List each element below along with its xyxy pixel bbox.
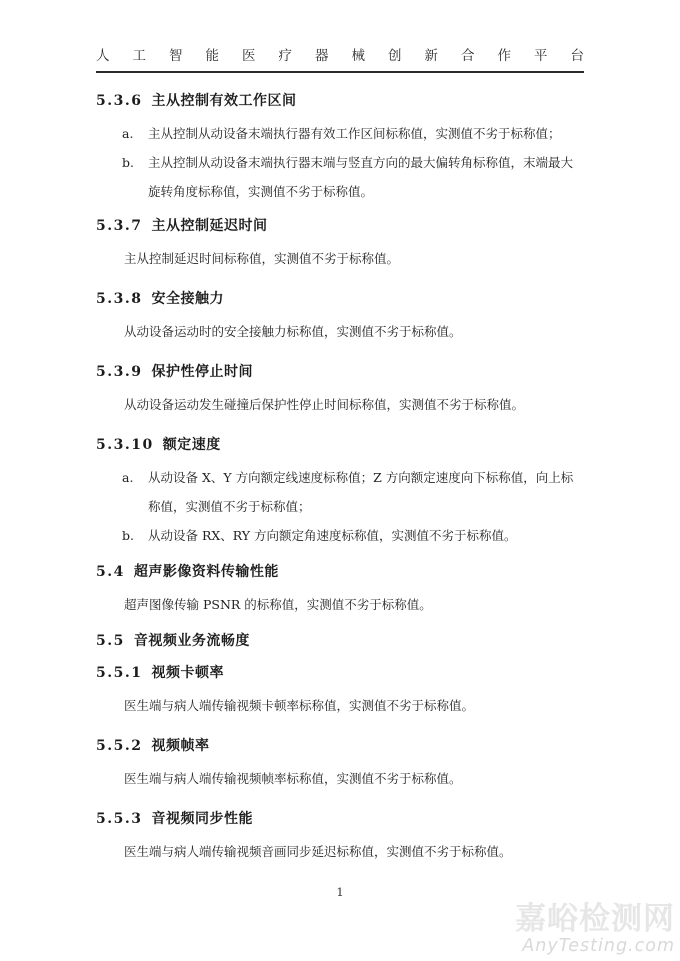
page-number: 1: [0, 885, 680, 899]
section-number: 5.3.6: [96, 93, 142, 109]
page-content: 人工智能医疗器械创新合作平台 5.3.6主从控制有效工作区间 a. 主从控制从动…: [0, 0, 680, 866]
section-paragraph: 从动设备运动时的安全接触力标称值，实测值不劣于标称值。: [96, 317, 584, 346]
section-title: 主从控制延迟时间: [151, 218, 267, 234]
section-heading-5-3-8: 5.3.8安全接触力: [96, 289, 584, 309]
section-list-5-3-6: a. 主从控制从动设备末端执行器有效工作区间标称值，实测值不劣于标称值； b. …: [96, 119, 584, 206]
list-marker: b.: [122, 521, 148, 550]
section-number: 5.3.10: [96, 437, 154, 453]
section-title: 主从控制有效工作区间: [151, 93, 296, 109]
section-number: 5.3.7: [96, 218, 142, 234]
section-heading-5-3-9: 5.3.9保护性停止时间: [96, 362, 584, 382]
section-heading-5-4: 5.4超声影像资料传输性能: [96, 562, 584, 582]
section-title: 音视频同步性能: [151, 811, 253, 827]
section-paragraph: 主从控制延迟时间标称值，实测值不劣于标称值。: [96, 244, 584, 273]
section-list-5-3-10: a. 从动设备 X、Y 方向额定线速度标称值；Z 方向额定速度向下标称值，向上标…: [96, 463, 584, 550]
list-marker: a.: [122, 119, 148, 148]
list-marker: b.: [122, 148, 148, 206]
section-heading-5-5-1: 5.5.1视频卡顿率: [96, 663, 584, 683]
section-paragraph: 从动设备运动发生碰撞后保护性停止时间标称值，实测值不劣于标称值。: [96, 390, 584, 419]
section-title: 视频帧率: [151, 738, 209, 754]
list-item-text: 主从控制从动设备末端执行器末端与竖直方向的最大偏转角标称值，末端最大旋转角度标称…: [148, 148, 584, 206]
section-number: 5.5.1: [96, 665, 142, 681]
watermark: 嘉峪检测网 AnyTesting.com: [515, 904, 675, 956]
section-heading-5-5-3: 5.5.3音视频同步性能: [96, 809, 584, 829]
section-number: 5.4: [96, 564, 125, 580]
section-title: 视频卡顿率: [151, 665, 224, 681]
list-item: b. 从动设备 RX、RY 方向额定角速度标称值，实测值不劣于标称值。: [96, 521, 584, 550]
header-title: 人工智能医疗器械创新合作平台: [96, 44, 584, 73]
list-marker: a.: [122, 463, 148, 521]
list-item-text: 主从控制从动设备末端执行器有效工作区间标称值，实测值不劣于标称值；: [148, 119, 584, 148]
section-number: 5.3.9: [96, 364, 142, 380]
document-header: 人工智能医疗器械创新合作平台: [96, 0, 584, 73]
section-paragraph: 超声图像传输 PSNR 的标称值，实测值不劣于标称值。: [96, 590, 584, 619]
section-number: 5.3.8: [96, 291, 142, 307]
list-item: b. 主从控制从动设备末端执行器末端与竖直方向的最大偏转角标称值，末端最大旋转角…: [96, 148, 584, 206]
watermark-site-name: 嘉峪检测网: [515, 904, 675, 935]
section-title: 音视频业务流畅度: [134, 633, 250, 649]
watermark-domain: AnyTesting.com: [515, 938, 675, 956]
list-item-text: 从动设备 X、Y 方向额定线速度标称值；Z 方向额定速度向下标称值，向上标称值，…: [148, 463, 584, 521]
section-heading-5-3-7: 5.3.7主从控制延迟时间: [96, 216, 584, 236]
section-title: 额定速度: [163, 437, 221, 453]
section-number: 5.5: [96, 633, 125, 649]
section-title: 安全接触力: [151, 291, 224, 307]
section-title: 超声影像资料传输性能: [134, 564, 279, 580]
section-paragraph: 医生端与病人端传输视频卡顿率标称值，实测值不劣于标称值。: [96, 691, 584, 720]
list-item: a. 主从控制从动设备末端执行器有效工作区间标称值，实测值不劣于标称值；: [96, 119, 584, 148]
section-heading-5-3-10: 5.3.10额定速度: [96, 435, 584, 455]
section-heading-5-5: 5.5音视频业务流畅度: [96, 631, 584, 651]
list-item-text: 从动设备 RX、RY 方向额定角速度标称值，实测值不劣于标称值。: [148, 521, 584, 550]
list-item: a. 从动设备 X、Y 方向额定线速度标称值；Z 方向额定速度向下标称值，向上标…: [96, 463, 584, 521]
section-paragraph: 医生端与病人端传输视频帧率标称值，实测值不劣于标称值。: [96, 764, 584, 793]
section-number: 5.5.3: [96, 811, 142, 827]
section-title: 保护性停止时间: [151, 364, 253, 380]
section-heading-5-5-2: 5.5.2视频帧率: [96, 736, 584, 756]
section-paragraph: 医生端与病人端传输视频音画同步延迟标称值，实测值不劣于标称值。: [96, 837, 584, 866]
document-page: 人工智能医疗器械创新合作平台 5.3.6主从控制有效工作区间 a. 主从控制从动…: [0, 0, 680, 961]
section-heading-5-3-6: 5.3.6主从控制有效工作区间: [96, 91, 584, 111]
section-number: 5.5.2: [96, 738, 142, 754]
